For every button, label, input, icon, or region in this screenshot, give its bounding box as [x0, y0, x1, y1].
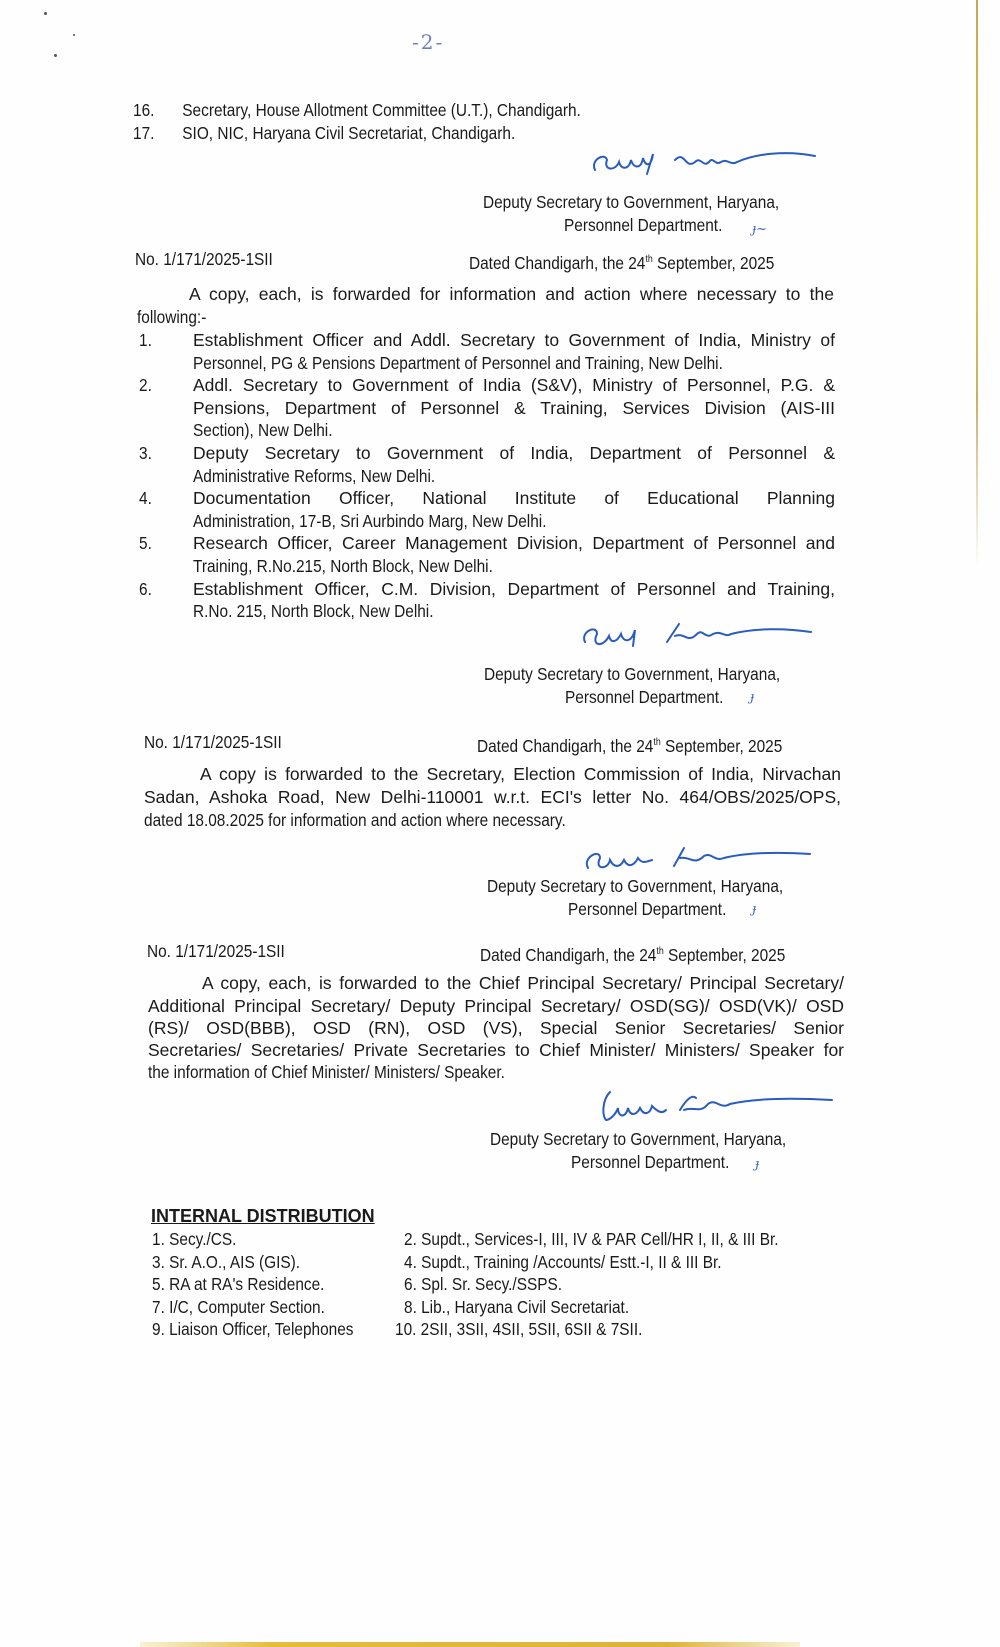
distribution-item: 7. I/C, Computer Section. [152, 1296, 325, 1319]
paragraph: (RS)/ OSD(BBB), OSD (RN), OSD (VS), Spec… [148, 1017, 844, 1040]
list-item-number: 3. [139, 442, 152, 465]
memo-date: Dated Chandigarh, the 24th September, 20… [477, 731, 782, 758]
document-page: -2- 16.Secretary, House Allotment Commit… [0, 0, 1000, 1647]
page-edge-shadow-bottom [140, 1642, 800, 1647]
paragraph: Secretaries/ Secretaries/ Private Secret… [148, 1039, 844, 1062]
list-item-text: Training, R.No.215, North Block, New Del… [193, 555, 493, 578]
signatory-department: Personnel Department. [565, 686, 723, 709]
date-superscript: th [645, 254, 652, 265]
internal-distribution-heading: INTERNAL DISTRIBUTION [151, 1206, 375, 1227]
signatory-title: Deputy Secretary to Government, Haryana, [490, 1128, 786, 1151]
signatory-title: Deputy Secretary to Government, Haryana, [487, 875, 783, 898]
list-item-number: 17. [133, 122, 182, 145]
list-item-number: 16. [133, 99, 182, 122]
distribution-item: 1. Secy./CS. [152, 1228, 236, 1251]
signatory-department: Personnel Department. [568, 898, 726, 921]
list-item-number: 5. [139, 532, 152, 555]
distribution-item: 3. Sr. A.O., AIS (GIS). [152, 1251, 300, 1274]
list-item-text: Addl. Secretary to Government of India (… [193, 374, 835, 397]
memo-date: Dated Chandigarh, the 24th September, 20… [480, 940, 785, 967]
paragraph: A copy, each, is forwarded for informati… [137, 283, 834, 306]
list-item: 16.Secretary, House Allotment Committee … [133, 99, 581, 122]
list-item-text: Research Officer, Career Management Divi… [193, 532, 835, 555]
distribution-item: 5. RA at RA's Residence. [152, 1273, 324, 1296]
list-item-text: Pensions, Department of Personnel & Trai… [193, 397, 835, 420]
paragraph: Additional Principal Secretary/ Deputy P… [148, 995, 844, 1018]
signature [575, 614, 815, 654]
signatory-department: Personnel Department. [564, 214, 722, 237]
distribution-item: 9. Liaison Officer, Telephones [152, 1318, 353, 1341]
list-item-text: Establishment Officer and Addl. Secretar… [193, 329, 835, 352]
memo-number: No. 1/171/2025-1SII [144, 731, 282, 754]
list-item-text: Administration, 17-B, Sri Aurbindo Marg,… [193, 510, 546, 533]
distribution-item: 6. Spl. Sr. Secy./SSPS. [404, 1273, 562, 1296]
list-item: 17.SIO, NIC, Haryana Civil Secretariat, … [133, 122, 515, 145]
initials-mark: ɟ [755, 1157, 759, 1172]
date-superscript: th [656, 946, 663, 957]
distribution-item: 4. Supdt., Training /Accounts/ Estt.-I, … [404, 1251, 722, 1274]
list-item-text: R.No. 215, North Block, New Delhi. [193, 600, 434, 623]
date-text: September, 2025 [661, 736, 783, 756]
initials-mark: ɟ~ [752, 222, 767, 237]
date-text: Dated Chandigarh, the 24 [477, 736, 653, 756]
list-item-text: Deputy Secretary to Government of India,… [193, 442, 835, 465]
date-text: September, 2025 [664, 945, 786, 965]
list-item-number: 2. [139, 374, 152, 397]
date-text: Dated Chandigarh, the 24 [469, 253, 645, 273]
memo-number: No. 1/171/2025-1SII [135, 248, 273, 271]
list-item-text: Section), New Delhi. [193, 419, 333, 442]
signatory-department: Personnel Department. [571, 1151, 729, 1174]
date-text: Dated Chandigarh, the 24 [480, 945, 656, 965]
date-superscript: th [653, 737, 660, 748]
signature [578, 838, 818, 878]
list-item-text: Secretary, House Allotment Committee (U.… [182, 100, 581, 120]
signature [596, 1086, 836, 1126]
initials-mark: ɟ [750, 690, 754, 705]
list-item-text: Administrative Reforms, New Delhi. [193, 465, 435, 488]
list-item-text: Establishment Officer, C.M. Division, De… [193, 578, 835, 601]
paragraph: dated 18.08.2025 for information and act… [144, 809, 566, 832]
distribution-item: 8. Lib., Haryana Civil Secretariat. [404, 1296, 629, 1319]
page-edge-shadow [976, 0, 978, 570]
list-item-text: SIO, NIC, Haryana Civil Secretariat, Cha… [182, 123, 515, 143]
list-item-text: Documentation Officer, National Institut… [193, 487, 835, 510]
paragraph: A copy is forwarded to the Secretary, El… [144, 763, 841, 786]
memo-number: No. 1/171/2025-1SII [147, 940, 285, 963]
distribution-item: 2. Supdt., Services-I, III, IV & PAR Cel… [404, 1228, 779, 1251]
list-item-number: 4. [139, 487, 152, 510]
memo-date: Dated Chandigarh, the 24th September, 20… [469, 248, 774, 275]
page-number: -2- [412, 30, 444, 54]
list-item-number: 6. [139, 578, 152, 601]
signatory-title: Deputy Secretary to Government, Haryana, [484, 663, 780, 686]
signatory-title: Deputy Secretary to Government, Haryana, [483, 191, 779, 214]
signature [585, 140, 825, 180]
list-item-text: Personnel, PG & Pensions Department of P… [193, 352, 723, 375]
paragraph: following:- [137, 306, 206, 329]
paragraph: A copy, each, is forwarded to the Chief … [148, 972, 844, 995]
paragraph: Sadan, Ashoka Road, New Delhi-110001 w.r… [144, 786, 841, 809]
distribution-item: 10. 2SII, 3SII, 4SII, 5SII, 6SII & 7SII. [395, 1318, 642, 1341]
date-text: September, 2025 [653, 253, 775, 273]
initials-mark: ɟ [752, 902, 756, 917]
paragraph: the information of Chief Minister/ Minis… [148, 1061, 505, 1084]
list-item-number: 1. [139, 329, 152, 352]
